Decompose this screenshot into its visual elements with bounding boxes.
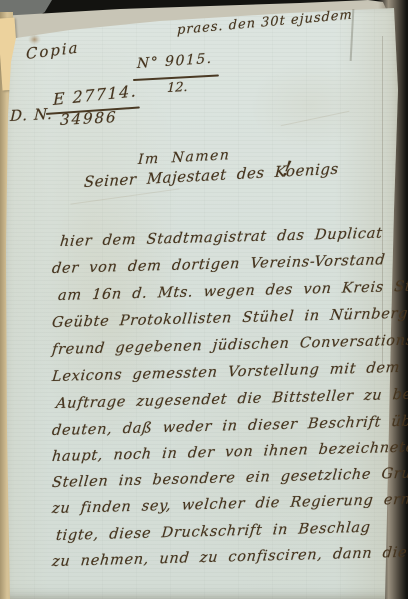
registry-d-label: D. N. — [10, 105, 54, 125]
paper-discoloration — [250, 60, 370, 150]
manuscript-photo: praes. den 30t ejusdem Copia N° 9015. 12… — [0, 0, 408, 599]
registry-d-number: 34986 — [60, 108, 118, 129]
file-number-denominator: 12. — [167, 80, 188, 96]
